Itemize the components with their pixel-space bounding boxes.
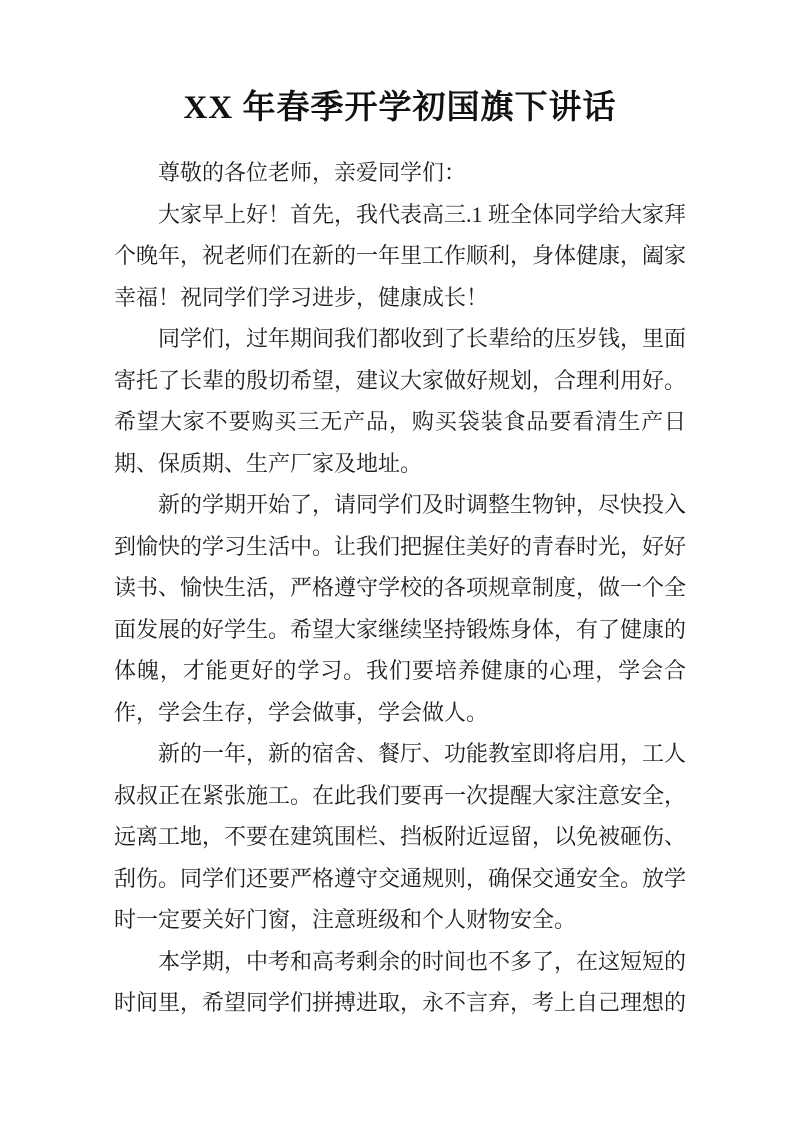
paragraph-new-semester: 新的学期开始了，请同学们及时调整生物钟，尽快投入到愉快的学习生活中。让我们把握住… bbox=[114, 484, 686, 733]
paragraph-greeting: 大家早上好！首先，我代表高三.1 班全体同学给大家拜个晚年，祝老师们在新的一年里… bbox=[114, 194, 686, 319]
paragraph-lucky-money: 同学们，过年期间我们都收到了长辈给的压岁钱，里面寄托了长辈的殷切希望，建议大家做… bbox=[114, 318, 686, 484]
paragraph-salutation: 尊敬的各位老师，亲爱同学们： bbox=[114, 152, 686, 194]
paragraph-exams: 本学期，中考和高考剩余的时间也不多了，在这短短的时间里，希望同学们拼搏进取，永不… bbox=[114, 941, 686, 1024]
paragraph-safety: 新的一年，新的宿舍、餐厅、功能教室即将启用，工人叔叔正在紧张施工。在此我们要再一… bbox=[114, 733, 686, 941]
document-title: XX 年春季开学初国旗下讲话 bbox=[114, 86, 686, 130]
document-body: 尊敬的各位老师，亲爱同学们： 大家早上好！首先，我代表高三.1 班全体同学给大家… bbox=[114, 152, 686, 1024]
document-page: XX 年春季开学初国旗下讲话 尊敬的各位老师，亲爱同学们： 大家早上好！首先，我… bbox=[0, 0, 793, 1122]
